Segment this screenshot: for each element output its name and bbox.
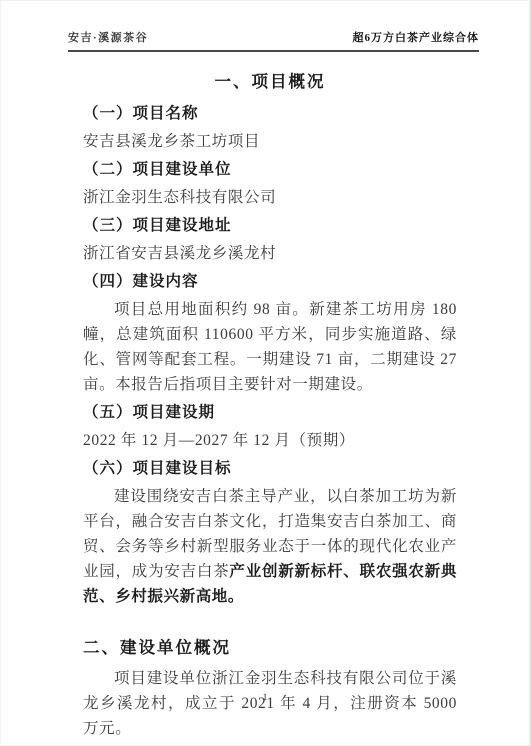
construction-goal-paragraph: 建设围绕安吉白茶主导产业，以白茶加工坊为新平台，融合安吉白茶文化，打造集安吉白茶… (83, 484, 457, 609)
heading-construction-unit: （二）项目建设单位 (83, 157, 457, 182)
project-name-value: 安吉县溪龙乡茶工坊项目 (83, 129, 457, 154)
running-header: 安吉·溪源茶谷 超6万方白茶产业综合体 (68, 31, 479, 52)
construction-period-value: 2022 年 12 月—2027 年 12 月（预期） (83, 428, 457, 453)
construction-address-value: 浙江省安吉县溪龙乡溪龙村 (83, 241, 457, 266)
document-page: 安吉·溪源茶谷 超6万方白茶产业综合体 一、项目概况 （一）项目名称 安吉县溪龙… (0, 0, 531, 746)
unit-overview-paragraph: 项目建设单位浙江金羽生态科技有限公司位于溪龙乡溪龙村，成立于 2021 年 4 … (83, 666, 457, 741)
document-body: 一、项目概况 （一）项目名称 安吉县溪龙乡茶工坊项目 （二）项目建设单位 浙江金… (83, 69, 457, 741)
header-left-text: 安吉·溪源茶谷 (68, 31, 148, 45)
heading-construction-goal: （六）项目建设目标 (83, 456, 457, 481)
heading-construction-content: （四）建设内容 (83, 269, 457, 294)
header-right-text: 超6万方白茶产业综合体 (353, 31, 480, 45)
construction-content-paragraph: 项目总用地面积约 98 亩。新建茶工坊用房 180 幢，总建筑面积 110600… (83, 297, 457, 397)
heading-construction-address: （三）项目建设地址 (83, 213, 457, 238)
page-number: 1 (1, 693, 529, 703)
construction-unit-value: 浙江金羽生态科技有限公司 (83, 185, 457, 210)
section-1-title: 一、项目概况 (83, 69, 457, 94)
heading-construction-period: （五）项目建设期 (83, 400, 457, 425)
heading-project-name: （一）项目名称 (83, 101, 457, 126)
section-2-title: 二、建设单位概况 (83, 635, 457, 660)
